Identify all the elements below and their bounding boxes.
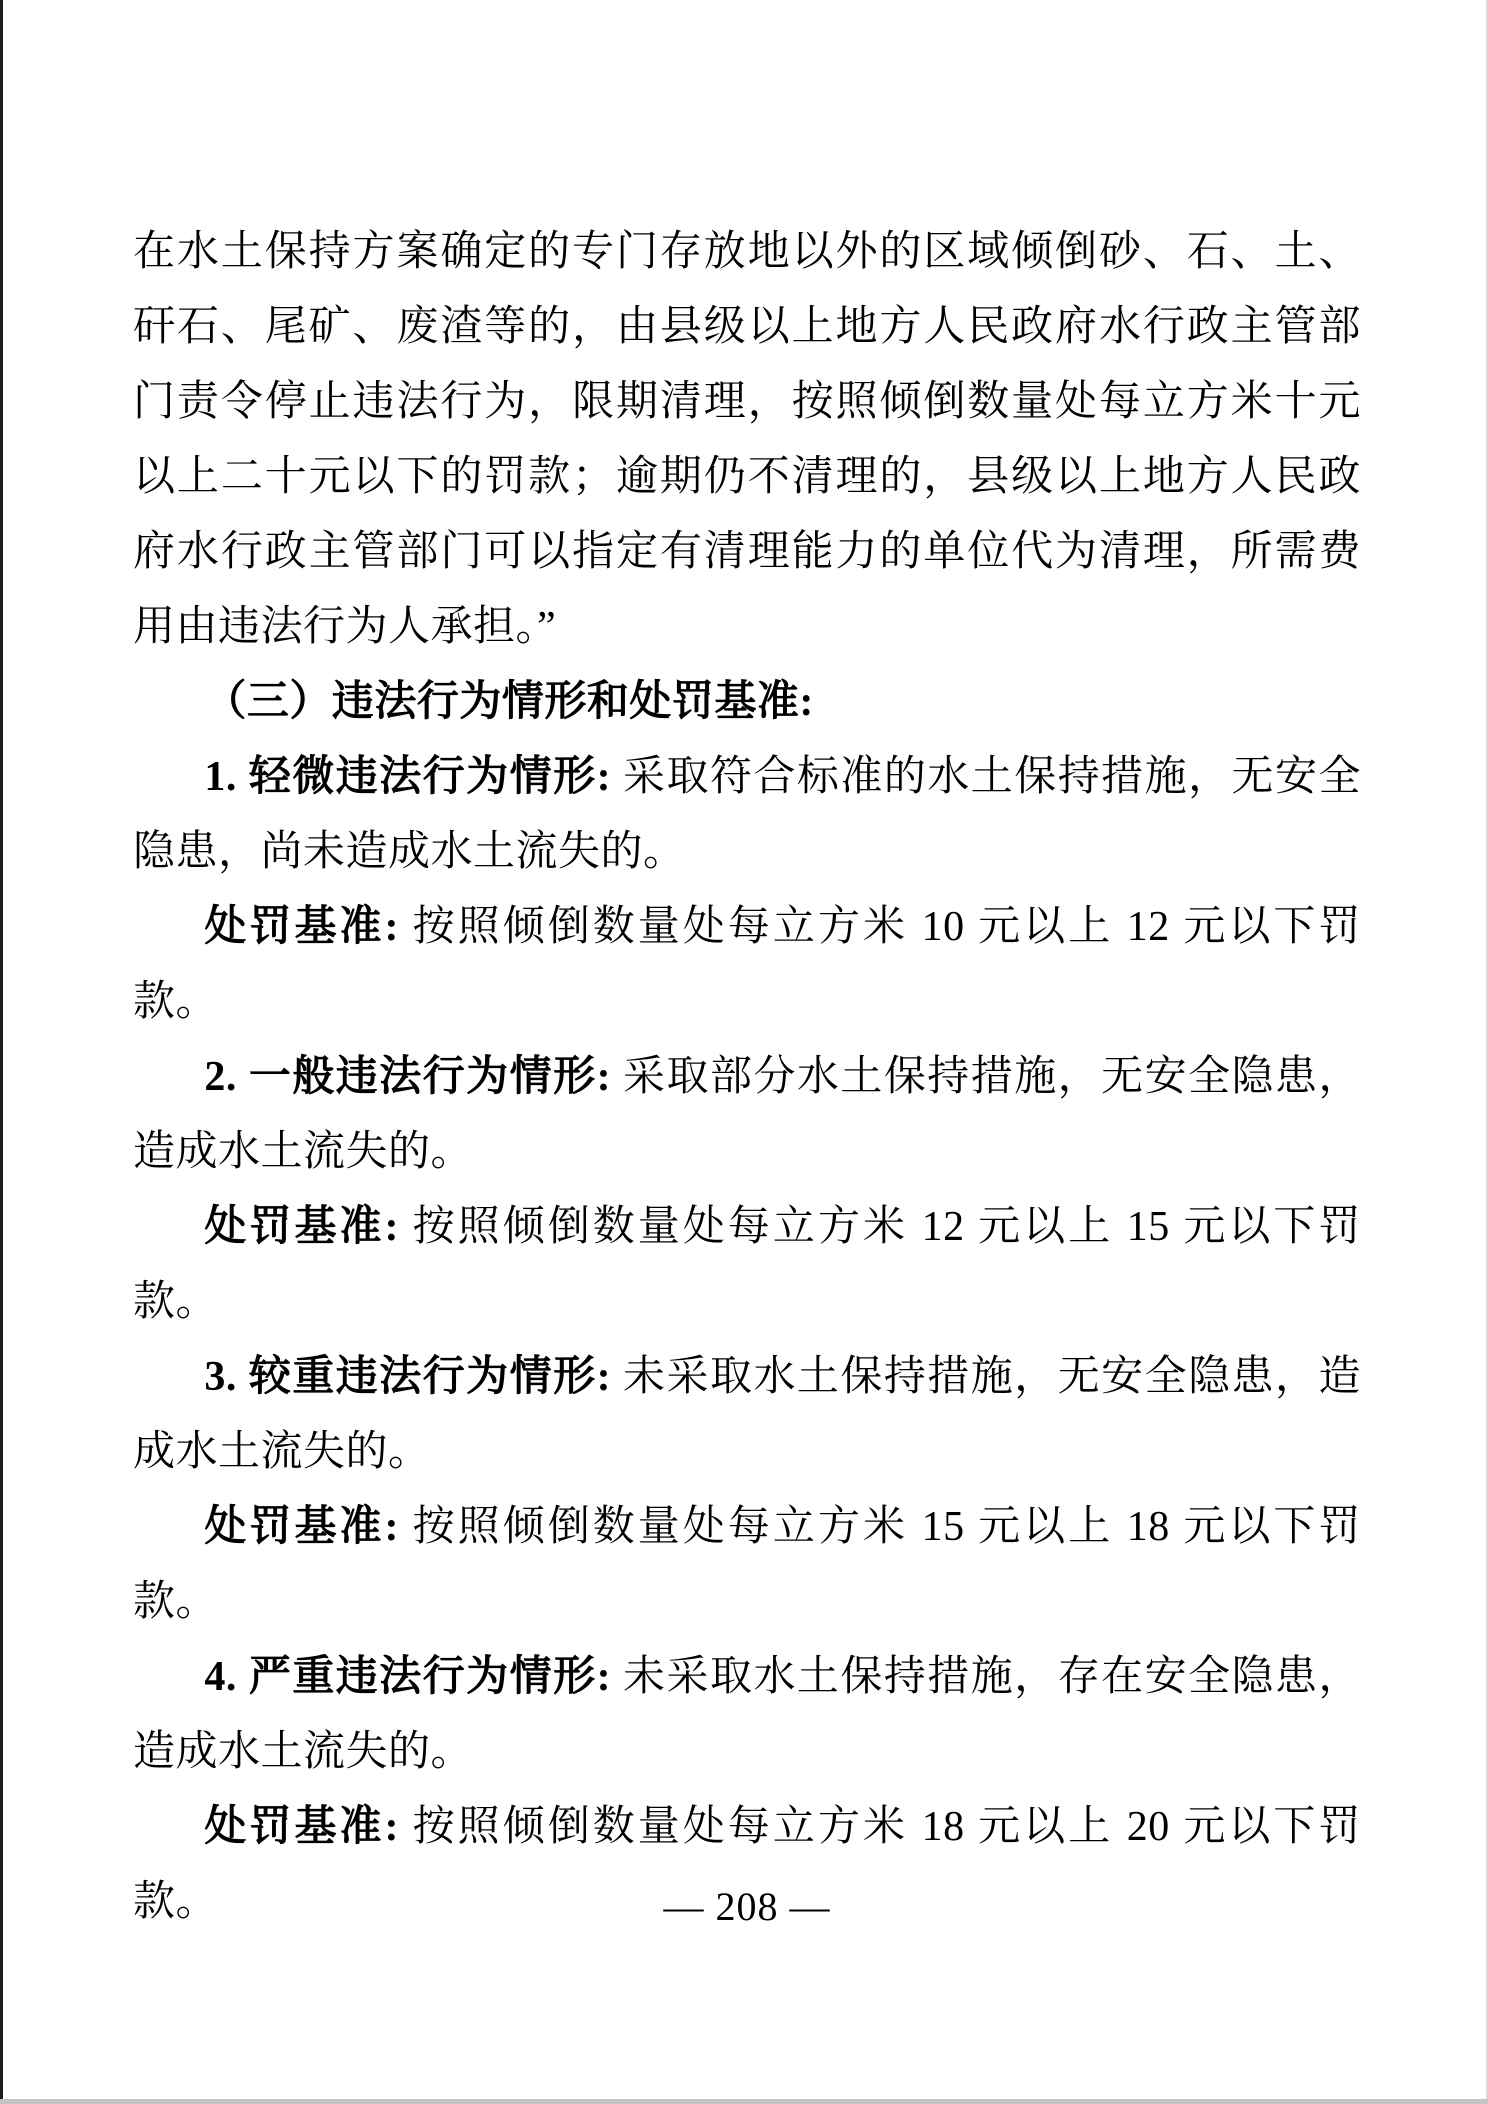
- item-3-penalty: 处罚基准: 按照倾倒数量处每立方米 15 元以上 18 元以下罚款。: [133, 1490, 1361, 1640]
- section-heading: （三）违法行为情形和处罚基准:: [133, 665, 1361, 740]
- item-3-situation-label: 3. 较重违法行为情形:: [204, 1354, 611, 1400]
- item-3-penalty-label: 处罚基准:: [204, 1504, 399, 1550]
- item-2-situation-label: 2. 一般违法行为情形:: [204, 1054, 611, 1100]
- statute-quote-paragraph: 在水土保持方案确定的专门存放地以外的区域倾倒砂、石、土、矸石、尾矿、废渣等的，由…: [133, 215, 1361, 665]
- item-1-penalty-label: 处罚基准:: [204, 904, 399, 950]
- item-2-situation: 2. 一般违法行为情形: 采取部分水土保持措施，无安全隐患，造成水土流失的。: [133, 1040, 1361, 1190]
- item-2-penalty-label: 处罚基准:: [204, 1204, 399, 1250]
- item-4-situation: 4. 严重违法行为情形: 未采取水土保持措施，存在安全隐患，造成水土流失的。: [133, 1640, 1361, 1790]
- item-4-situation-label: 4. 严重违法行为情形:: [204, 1654, 611, 1700]
- page-number: — 208 —: [133, 1869, 1361, 1944]
- item-3-situation: 3. 较重违法行为情形: 未采取水土保持措施，无安全隐患，造成水土流失的。: [133, 1340, 1361, 1490]
- item-1-situation-label: 1. 轻微违法行为情形:: [204, 754, 611, 800]
- document-page: 在水土保持方案确定的专门存放地以外的区域倾倒砂、石、土、矸石、尾矿、废渣等的，由…: [0, 0, 1488, 2104]
- item-1-situation: 1. 轻微违法行为情形: 采取符合标准的水土保持措施，无安全隐患，尚未造成水土流…: [133, 740, 1361, 890]
- page-body: 在水土保持方案确定的专门存放地以外的区域倾倒砂、石、土、矸石、尾矿、废渣等的，由…: [133, 215, 1361, 1940]
- scan-edge-left: [0, 0, 3, 2104]
- item-2-penalty: 处罚基准: 按照倾倒数量处每立方米 12 元以上 15 元以下罚款。: [133, 1190, 1361, 1340]
- item-1-penalty: 处罚基准: 按照倾倒数量处每立方米 10 元以上 12 元以下罚款。: [133, 890, 1361, 1040]
- item-4-penalty-label: 处罚基准:: [204, 1804, 399, 1850]
- scan-edge-bottom: [0, 2099, 1488, 2104]
